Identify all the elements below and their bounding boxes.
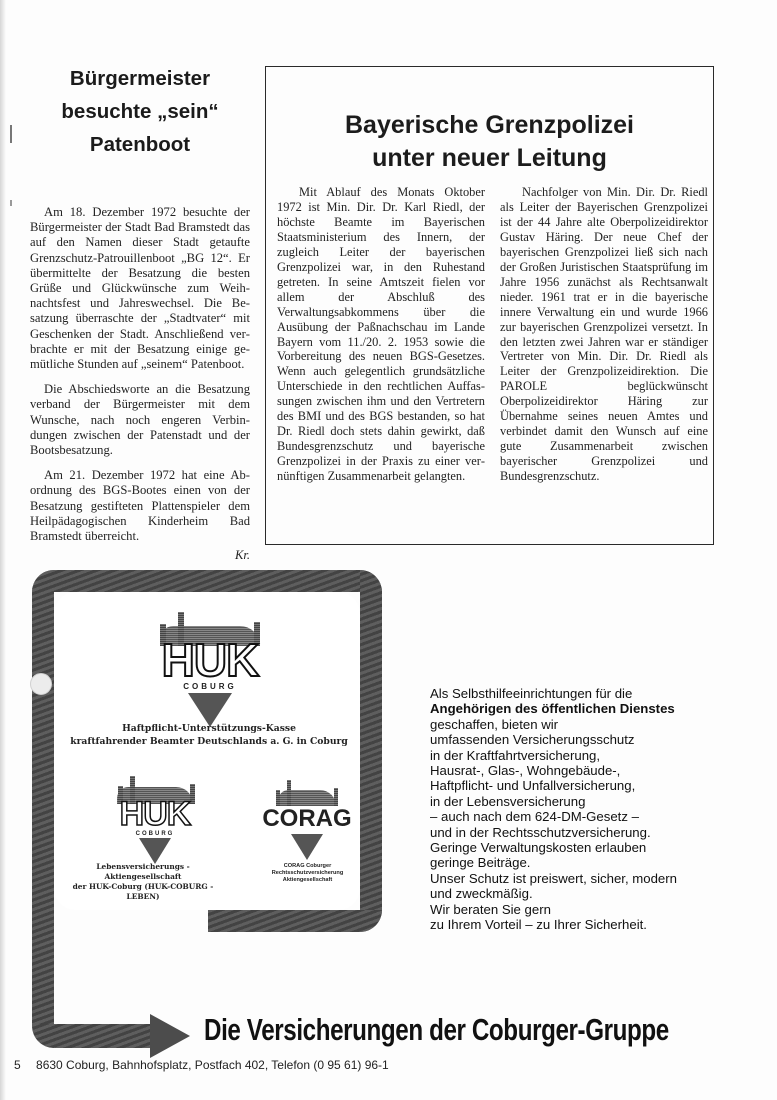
- ad-line: – auch nach dem 624-DM-Gesetz –: [430, 809, 730, 824]
- paragraph: Mit Ablauf des Monats Oktober 1972 ist M…: [277, 185, 485, 484]
- paragraph: Nachfolger von Min. Dir. Dr. Riedl als L…: [500, 185, 708, 484]
- title-line: unter neuer Leitung: [266, 142, 713, 175]
- ad-line: in der Lebensversicherung: [430, 794, 730, 809]
- ad-line: Unser Schutz ist preiswert, sicher, mode…: [430, 871, 730, 886]
- ad-line: Als Selbsthilfeeinrichtungen für die: [430, 686, 730, 701]
- ad-frame-top: [32, 570, 382, 592]
- ad-arrow-shaft: [32, 1024, 152, 1048]
- punch-hole: [30, 673, 52, 695]
- logo-letters: CORAG: [252, 806, 362, 832]
- ad-line: geringe Beiträge.: [430, 855, 730, 870]
- left-article-title: Bürgermeister besuchte „sein“ Patenboot: [30, 62, 250, 161]
- corag-caption: CORAG Coburger Rechtsschutzversicherung …: [250, 863, 365, 884]
- castle-skyline-icon: [272, 780, 342, 806]
- ad-line: Geringe Verwaltungskosten erlauben: [430, 840, 730, 855]
- ad-frame-left: [32, 570, 54, 1048]
- ad-line: und zweckmäßig.: [430, 886, 730, 901]
- huk-leben-caption: Lebensversicherungs - Aktiengesellschaft…: [58, 862, 228, 902]
- binding-mark: [10, 200, 12, 206]
- paragraph: Am 21. Dezember 1972 hat eine Ab­ordnung…: [30, 468, 250, 544]
- ad-line: geschaffen, bieten wir: [430, 717, 730, 732]
- boxed-article: Bayerische Grenzpolizei unter neuer Leit…: [265, 66, 714, 545]
- title-line: Bürgermeister: [30, 62, 250, 95]
- huk-caption: Haftpflicht-Unterstützungs-Kasse kraftfa…: [44, 722, 374, 748]
- company-address: 8630 Coburg, Bahnhofsplatz, Postfach 402…: [36, 1058, 389, 1072]
- ad-slogan: Die Versicherungen der Coburger-Gruppe: [204, 1010, 669, 1050]
- logo-letters: HUK: [100, 799, 210, 829]
- author-signature: Kr.: [30, 548, 250, 563]
- ad-body-text: Als Selbsthilfeeinrichtungen für die Ang…: [430, 686, 730, 933]
- caption-line: Lebensversicherungs - Aktiengesellschaft: [58, 862, 228, 882]
- ad-line: Wir beraten Sie gern: [430, 902, 730, 917]
- ad-line: in der Kraftfahrtversicherung,: [430, 748, 730, 763]
- left-article-body: Am 18. Dezember 1972 besuchte der Bürger…: [30, 205, 250, 573]
- caption-line: Rechtsschutzversicherung: [250, 870, 365, 877]
- paragraph: Die Abschiedsworte an die Besatzung verb…: [30, 382, 250, 458]
- ad-line: umfassenden Versicherungsschutz: [430, 732, 730, 747]
- ad-line: zu Ihrem Vorteil – zu Ihrer Sicherheit.: [430, 917, 730, 932]
- arrow-right-icon: [150, 1014, 190, 1058]
- ad-line: Haftpflicht- und Unfallversicherung,: [430, 778, 730, 793]
- boxed-article-title: Bayerische Grenzpolizei unter neuer Leit…: [266, 109, 713, 175]
- ad-line: und in der Rechtsschutzversicherung.: [430, 825, 730, 840]
- caption-line: Aktiengesellschaft: [250, 877, 365, 884]
- article-column-2: Nachfolger von Min. Dir. Dr. Riedl als L…: [500, 185, 708, 484]
- corag-logo: CORAG: [252, 780, 362, 860]
- ad-line: Hausrat-, Glas-, Wohngebäude-,: [430, 763, 730, 778]
- title-line: Bayerische Grenzpolizei: [266, 109, 713, 142]
- caption-line: der HUK-Coburg (HUK-COBURG - LEBEN): [58, 882, 228, 902]
- title-line: besuchte „sein“: [30, 95, 250, 128]
- ad-line-emphasis: Angehörigen des öffentlichen Dienstes: [430, 701, 730, 716]
- logo-letters: HUK: [140, 640, 280, 680]
- v-mark-icon: [139, 838, 171, 864]
- huk-leben-logo: HUK COBURG: [100, 776, 210, 864]
- caption-line: Haftpflicht-Unterstützungs-Kasse: [44, 722, 374, 735]
- page-footer: 5 8630 Coburg, Bahnhofsplatz, Postfach 4…: [14, 1058, 389, 1072]
- v-mark-icon: [291, 834, 323, 860]
- paragraph: Am 18. Dezember 1972 besuchte der Bürger…: [30, 205, 250, 372]
- page-number: 5: [14, 1058, 21, 1072]
- huk-coburg-logo: HUK COBURG: [140, 612, 280, 727]
- article-column-1: Mit Ablauf des Monats Oktober 1972 ist M…: [277, 185, 485, 484]
- caption-line: kraftfahrender Beamter Deutschlands a. G…: [44, 735, 374, 748]
- page-edge-shadow: [0, 0, 6, 1100]
- caption-line: CORAG Coburger: [250, 863, 365, 870]
- title-line: Patenboot: [30, 128, 250, 161]
- binding-mark: [10, 125, 12, 143]
- ad-frame-bottom: [208, 910, 382, 932]
